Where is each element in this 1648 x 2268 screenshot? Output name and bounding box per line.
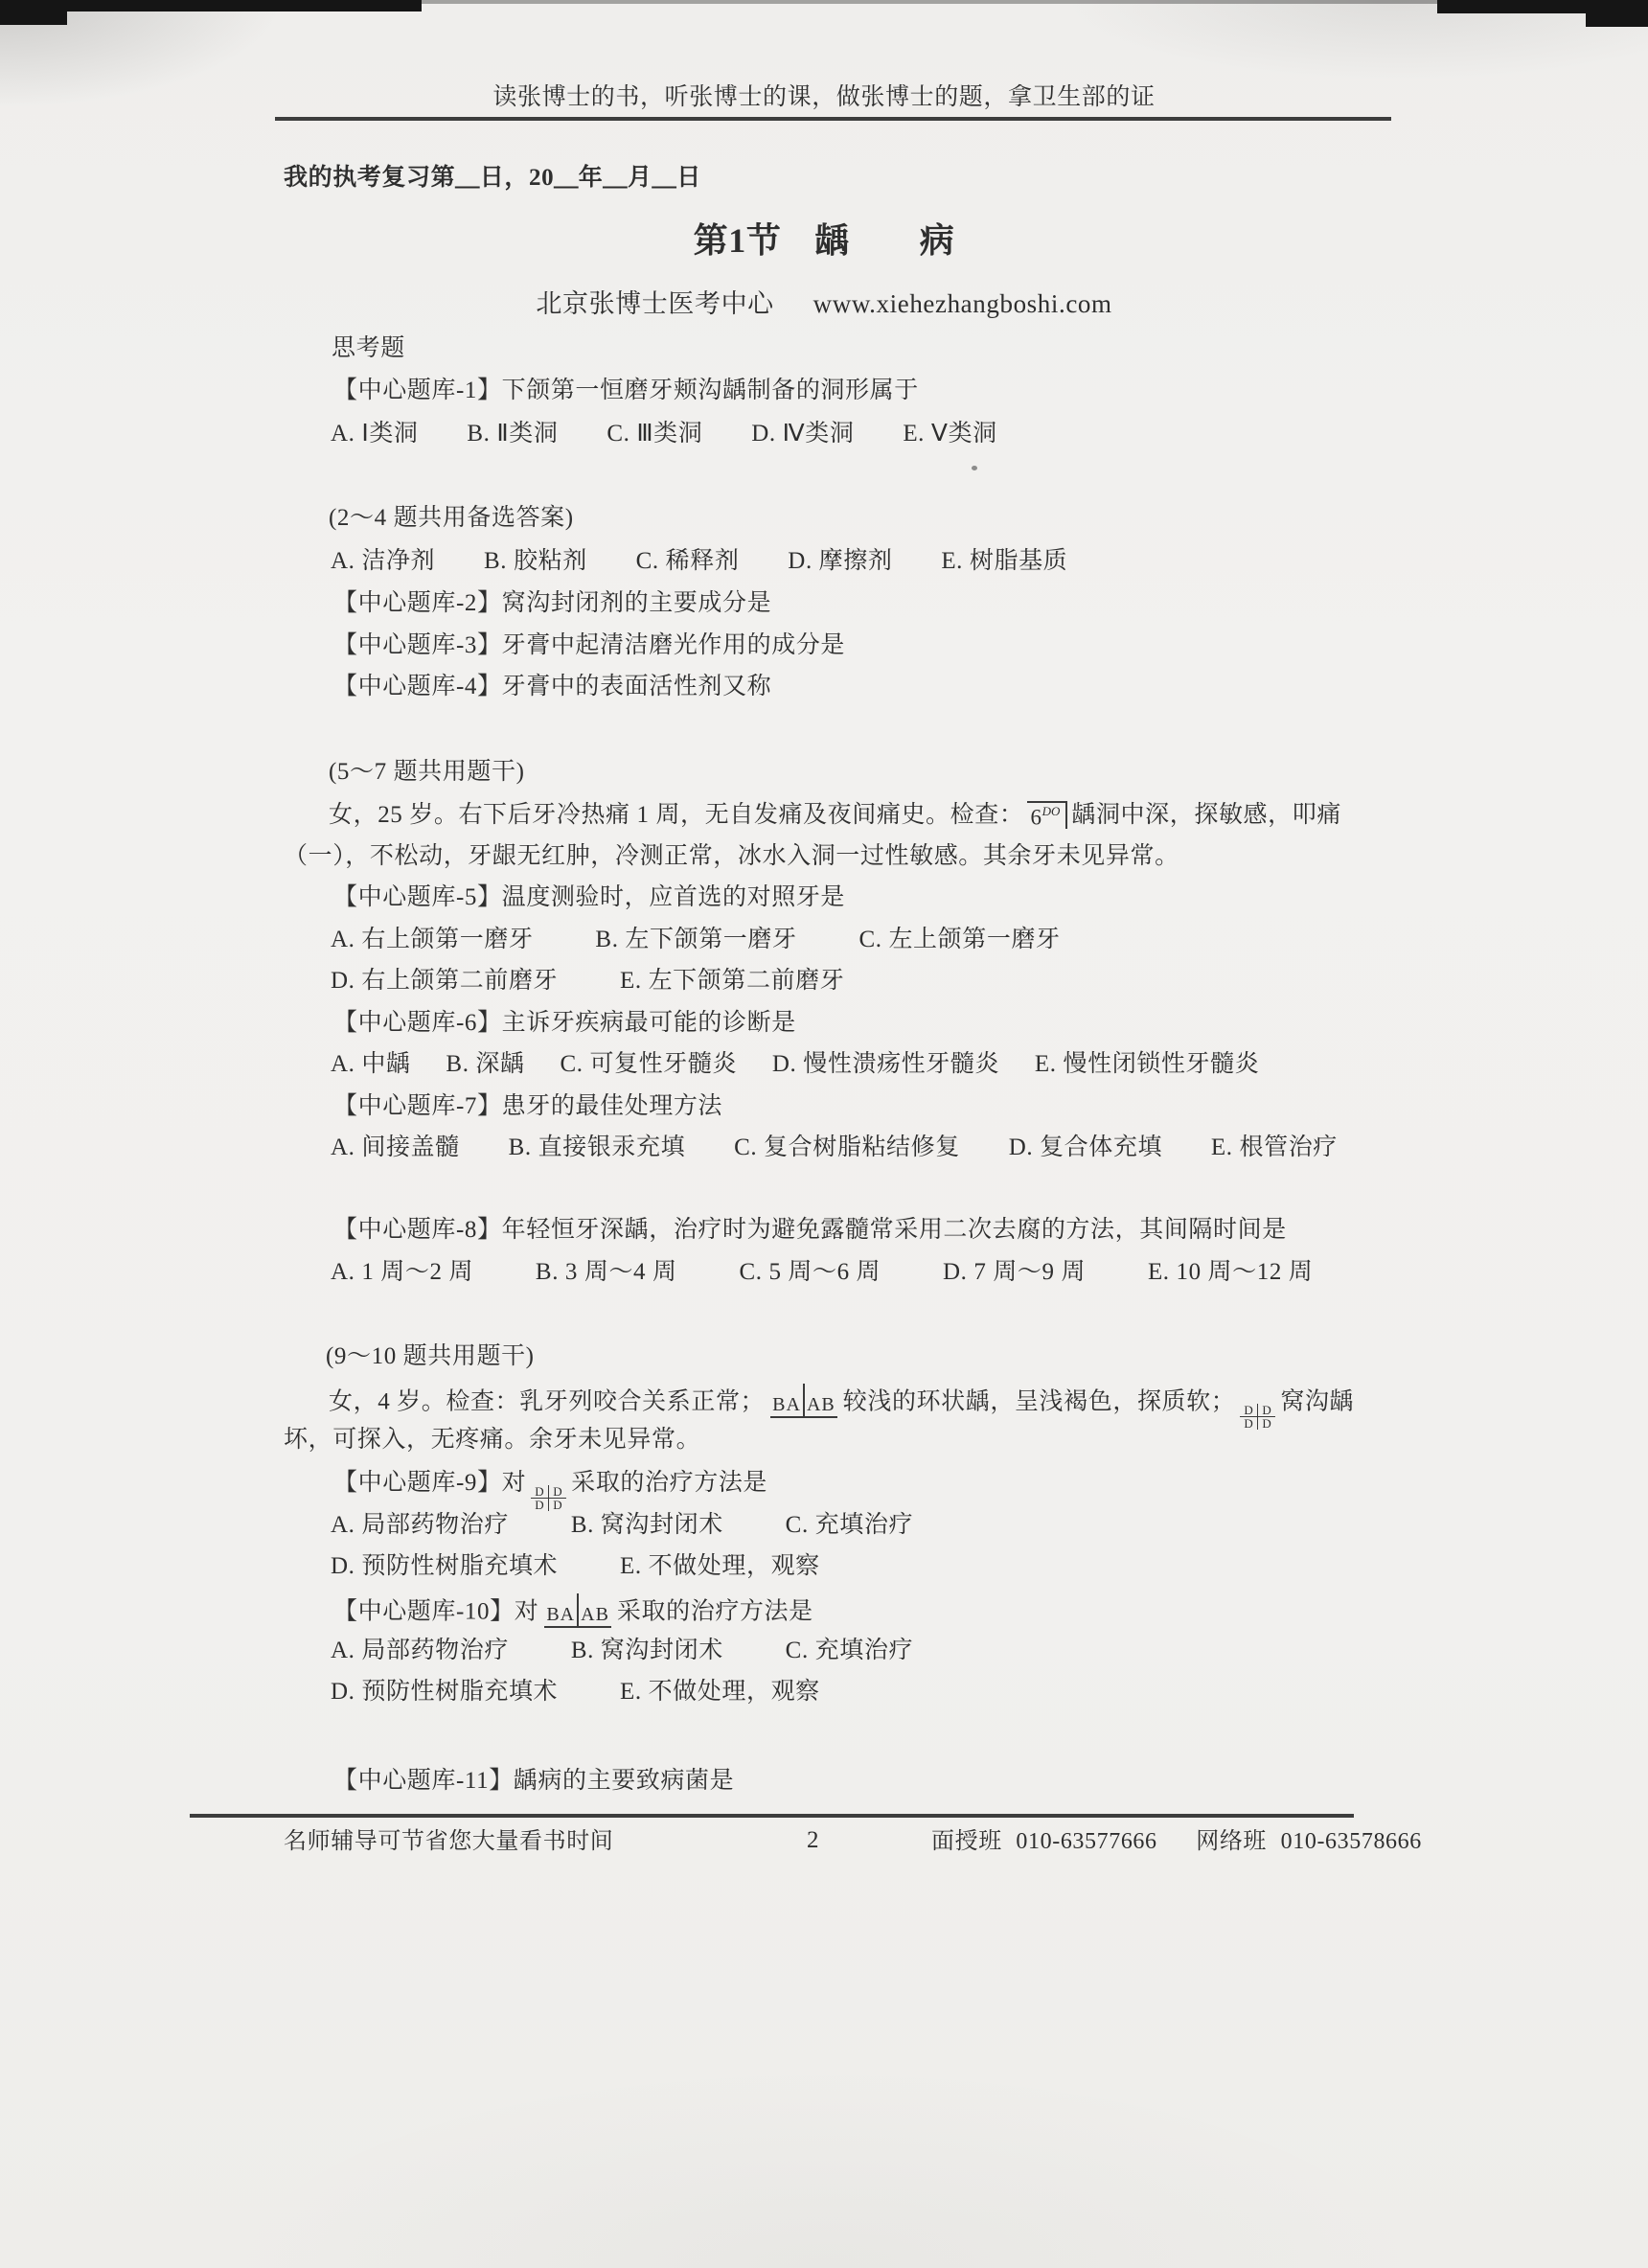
option: D. 7 周～9 周: [943, 1259, 1086, 1285]
scan-edge-band-middle: [422, 0, 1437, 4]
option: A. 局部药物治疗: [331, 1512, 509, 1538]
notation-cell: D: [531, 1499, 549, 1512]
question-stem-11: 【中心题库-11】龋病的主要致病菌是: [333, 1766, 734, 1798]
notation-right: AB: [805, 1394, 837, 1418]
options-row-q9-1: A. 局部药物治疗 B. 窝沟封闭术 C. 充填治疗: [331, 1510, 913, 1542]
scanned-document-page: 读张博士的书，听张博士的课，做张博士的题，拿卫生部的证 我的执考复习第＿日，20…: [0, 0, 1648, 2268]
options-row-q6: A. 中龋 B. 深龋 C. 可复性牙髓炎 D. 慢性溃疡性牙髓炎 E. 慢性闭…: [331, 1049, 1259, 1081]
stem-text: 龋洞中深，探敏感，叩痛: [1071, 802, 1341, 828]
question-stem-8: 【中心题库-8】年轻恒牙深龋，治疗时为避免露髓常采用二次去腐的方法，其间隔时间是: [333, 1215, 1287, 1247]
options-row-q10-2: D. 预防性树脂充填术 E. 不做处理，观察: [331, 1677, 820, 1708]
notation-cell: D: [1258, 1404, 1276, 1417]
option: C. 稀释剂: [636, 548, 740, 574]
option: D. 摩擦剂: [788, 548, 892, 574]
option: E. 不做处理，观察: [620, 1679, 820, 1705]
option: D. Ⅳ类洞: [751, 421, 854, 447]
option: C. 充填治疗: [786, 1512, 913, 1538]
option: C. 左上颌第一磨牙: [858, 927, 1060, 952]
notation-left: BA: [544, 1604, 577, 1628]
option: D. 复合体充填: [1009, 1134, 1162, 1160]
tooth-notation-6do: 6DO: [1027, 801, 1067, 829]
footer-left-slogan: 名师辅导可节省您大量看书时间: [284, 1827, 613, 1857]
tooth-digit: 6: [1030, 805, 1041, 829]
shared-stem-9-10-line1: 女，4 岁。检查：乳牙列咬合关系正常；BAAB较浅的环状龋，呈浅褐色，探质软；D…: [329, 1384, 1354, 1430]
primary-incisor-notation: BAAB: [770, 1384, 837, 1418]
option: C. 可复性牙髓炎: [560, 1051, 737, 1077]
notation-cell: D: [1240, 1404, 1258, 1417]
option: B. 左下颌第一磨牙: [595, 927, 796, 952]
notation-left: BA: [770, 1394, 803, 1418]
options-row-q9-2: D. 预防性树脂充填术 E. 不做处理，观察: [331, 1551, 820, 1583]
notation-right: AB: [579, 1604, 611, 1628]
shared-stem-5-7-line1: 女，25 岁。右下后牙冷热痛 1 周，无自发痛及夜间痛史。检查：6DO龋洞中深，…: [329, 800, 1341, 832]
stem-text: 【中心题库-9】对: [333, 1470, 526, 1496]
option: C. 5 周～6 周: [739, 1259, 881, 1285]
options-row-q7: A. 间接盖髓 B. 直接银汞充填 C. 复合树脂粘结修复 D. 复合体充填 E…: [331, 1133, 1338, 1164]
notation-cell: D: [531, 1485, 549, 1499]
section-number: 第1节: [694, 221, 782, 260]
option: E. 左下颌第二前磨牙: [620, 968, 844, 994]
option: A. 中龋: [331, 1051, 411, 1077]
shared-stem-9-10-line2: 坏，可探入，无疼痛。余牙未见异常。: [284, 1425, 700, 1456]
option: B. 深龋: [446, 1051, 524, 1077]
branding-line: 北京张博士医考中心 www.xiehezhangboshi.com: [0, 287, 1648, 322]
header-slogan: 读张博士的书，听张博士的课，做张博士的题，拿卫生部的证: [0, 82, 1648, 114]
option: B. 胶粘剂: [484, 548, 587, 574]
option: D. 预防性树脂充填术: [331, 1679, 558, 1705]
website-url: www.xiehezhangboshi.com: [813, 289, 1112, 318]
option: B. 直接银汞充填: [509, 1134, 686, 1160]
stem-text: 女，4 岁。检查：乳牙列咬合关系正常；: [329, 1388, 765, 1414]
group-9-10-header: (9～10 题共用题干): [326, 1341, 535, 1373]
center-name: 北京张博士医考中心: [536, 289, 773, 318]
group-2-4-header: (2～4 题共用备选答案): [329, 503, 574, 535]
options-row-2-4: A. 洁净剂 B. 胶粘剂 C. 稀释剂 D. 摩擦剂 E. 树脂基质: [331, 546, 1067, 578]
stem-text: 采取的治疗方法是: [571, 1470, 767, 1496]
stem-text: 【中心题库-10】对: [333, 1598, 538, 1624]
option: B. 窝沟封闭术: [571, 1512, 723, 1538]
stem-text: 女，25 岁。右下后牙冷热痛 1 周，无自发痛及夜间痛史。检查：: [329, 802, 1023, 828]
phone-number-online: 010-63578666: [1281, 1829, 1422, 1854]
option: E. 慢性闭锁性牙髓炎: [1035, 1051, 1259, 1077]
title-word-2: 病: [920, 221, 955, 260]
options-row-q8: A. 1 周～2 周 B. 3 周～4 周 C. 5 周～6 周 D. 7 周～…: [331, 1257, 1313, 1289]
scan-speck: [972, 466, 977, 470]
scan-edge-corner-right: [1586, 0, 1648, 27]
options-row-q5-2: D. 右上颌第二前磨牙 E. 左下颌第二前磨牙: [331, 966, 844, 997]
question-stem-6: 【中心题库-6】主诉牙疾病最可能的诊断是: [333, 1008, 796, 1040]
d-quadrant-notation: DDDD: [1240, 1404, 1275, 1430]
phone-number-classroom: 010-63577666: [1016, 1829, 1156, 1854]
option: E. 10 周～12 周: [1148, 1259, 1313, 1285]
review-line: 我的执考复习第＿日，20＿年＿月＿日: [284, 163, 701, 195]
page-number: 2: [807, 1825, 819, 1857]
option: A. 右上颌第一磨牙: [331, 927, 534, 952]
option: A. 间接盖髓: [331, 1134, 460, 1160]
group-5-7-header: (5～7 题共用题干): [329, 757, 525, 789]
footer-contact: 面授班 010-63577666 网络班 010-63578666: [931, 1827, 1422, 1857]
question-stem-5: 【中心题库-5】温度测验时，应首选的对照牙是: [333, 882, 845, 914]
tooth-surfaces: DO: [1042, 804, 1061, 818]
option: E. Ⅴ类洞: [903, 421, 996, 447]
option: A. 洁净剂: [331, 548, 435, 574]
option: B. 3 周～4 周: [536, 1259, 677, 1285]
primary-incisor-notation: BAAB: [544, 1593, 611, 1628]
notation-cell: D: [549, 1499, 567, 1512]
question-stem-7: 【中心题库-7】患牙的最佳处理方法: [333, 1091, 722, 1123]
option: D. 慢性溃疡性牙髓炎: [772, 1051, 999, 1077]
footer-rule: [190, 1814, 1354, 1818]
question-stem-1: 【中心题库-1】下颌第一恒磨牙颊沟龋制备的洞形属于: [333, 376, 919, 407]
question-stem-4: 【中心题库-4】牙膏中的表面活性剂又称: [333, 672, 771, 703]
header-rule: [275, 117, 1391, 121]
option: A. 局部药物治疗: [331, 1638, 509, 1663]
scan-edge-corner-left: [0, 0, 67, 25]
question-stem-10: 【中心题库-10】对BAAB采取的治疗方法是: [333, 1593, 813, 1628]
phone-label-online: 网络班: [1196, 1829, 1267, 1854]
question-stem-2: 【中心题库-2】窝沟封闭剂的主要成分是: [333, 588, 771, 620]
notation-cell: D: [1258, 1417, 1276, 1431]
notation-cell: D: [549, 1485, 567, 1499]
phone-label-classroom: 面授班: [931, 1829, 1002, 1854]
option: E. 不做处理，观察: [620, 1553, 820, 1579]
option: C. 复合树脂粘结修复: [734, 1134, 960, 1160]
section-title: 第1节 龋 病: [0, 218, 1648, 263]
stem-text: 较浅的环状龋，呈浅褐色，探质软；: [843, 1388, 1236, 1414]
options-row-q5-1: A. 右上颌第一磨牙 B. 左下颌第一磨牙 C. 左上颌第一磨牙: [331, 925, 1061, 956]
option: E. 根管治疗: [1211, 1134, 1338, 1160]
title-word-1: 龋: [814, 221, 850, 260]
notation-cell: D: [1240, 1417, 1258, 1431]
option: A. 1 周～2 周: [331, 1259, 473, 1285]
option: C. 充填治疗: [786, 1638, 913, 1663]
option: E. 树脂基质: [941, 548, 1067, 574]
question-stem-9: 【中心题库-9】对DDDD采取的治疗方法是: [333, 1468, 767, 1511]
stem-text: 窝沟龋: [1280, 1388, 1354, 1414]
option: B. 窝沟封闭术: [571, 1638, 723, 1663]
option: C. Ⅲ类洞: [607, 421, 702, 447]
intro-label: 思考题: [332, 333, 405, 365]
option: D. 预防性树脂充填术: [331, 1553, 558, 1579]
option: A. Ⅰ类洞: [331, 421, 419, 447]
options-row-q10-1: A. 局部药物治疗 B. 窝沟封闭术 C. 充填治疗: [331, 1636, 913, 1667]
stem-text: 采取的治疗方法是: [617, 1598, 813, 1624]
shared-stem-5-7-line2: （一），不松动，牙龈无红肿，冷测正常，冰水入洞一过性敏感。其余牙未见异常。: [284, 841, 1179, 873]
option: B. Ⅱ类洞: [467, 421, 558, 447]
option: D. 右上颌第二前磨牙: [331, 968, 558, 994]
question-stem-3: 【中心题库-3】牙膏中起清洁磨光作用的成分是: [333, 630, 845, 662]
d-quadrant-notation: DDDD: [531, 1485, 566, 1511]
options-row-q1: A. Ⅰ类洞 B. Ⅱ类洞 C. Ⅲ类洞 D. Ⅳ类洞 E. Ⅴ类洞: [331, 419, 997, 450]
